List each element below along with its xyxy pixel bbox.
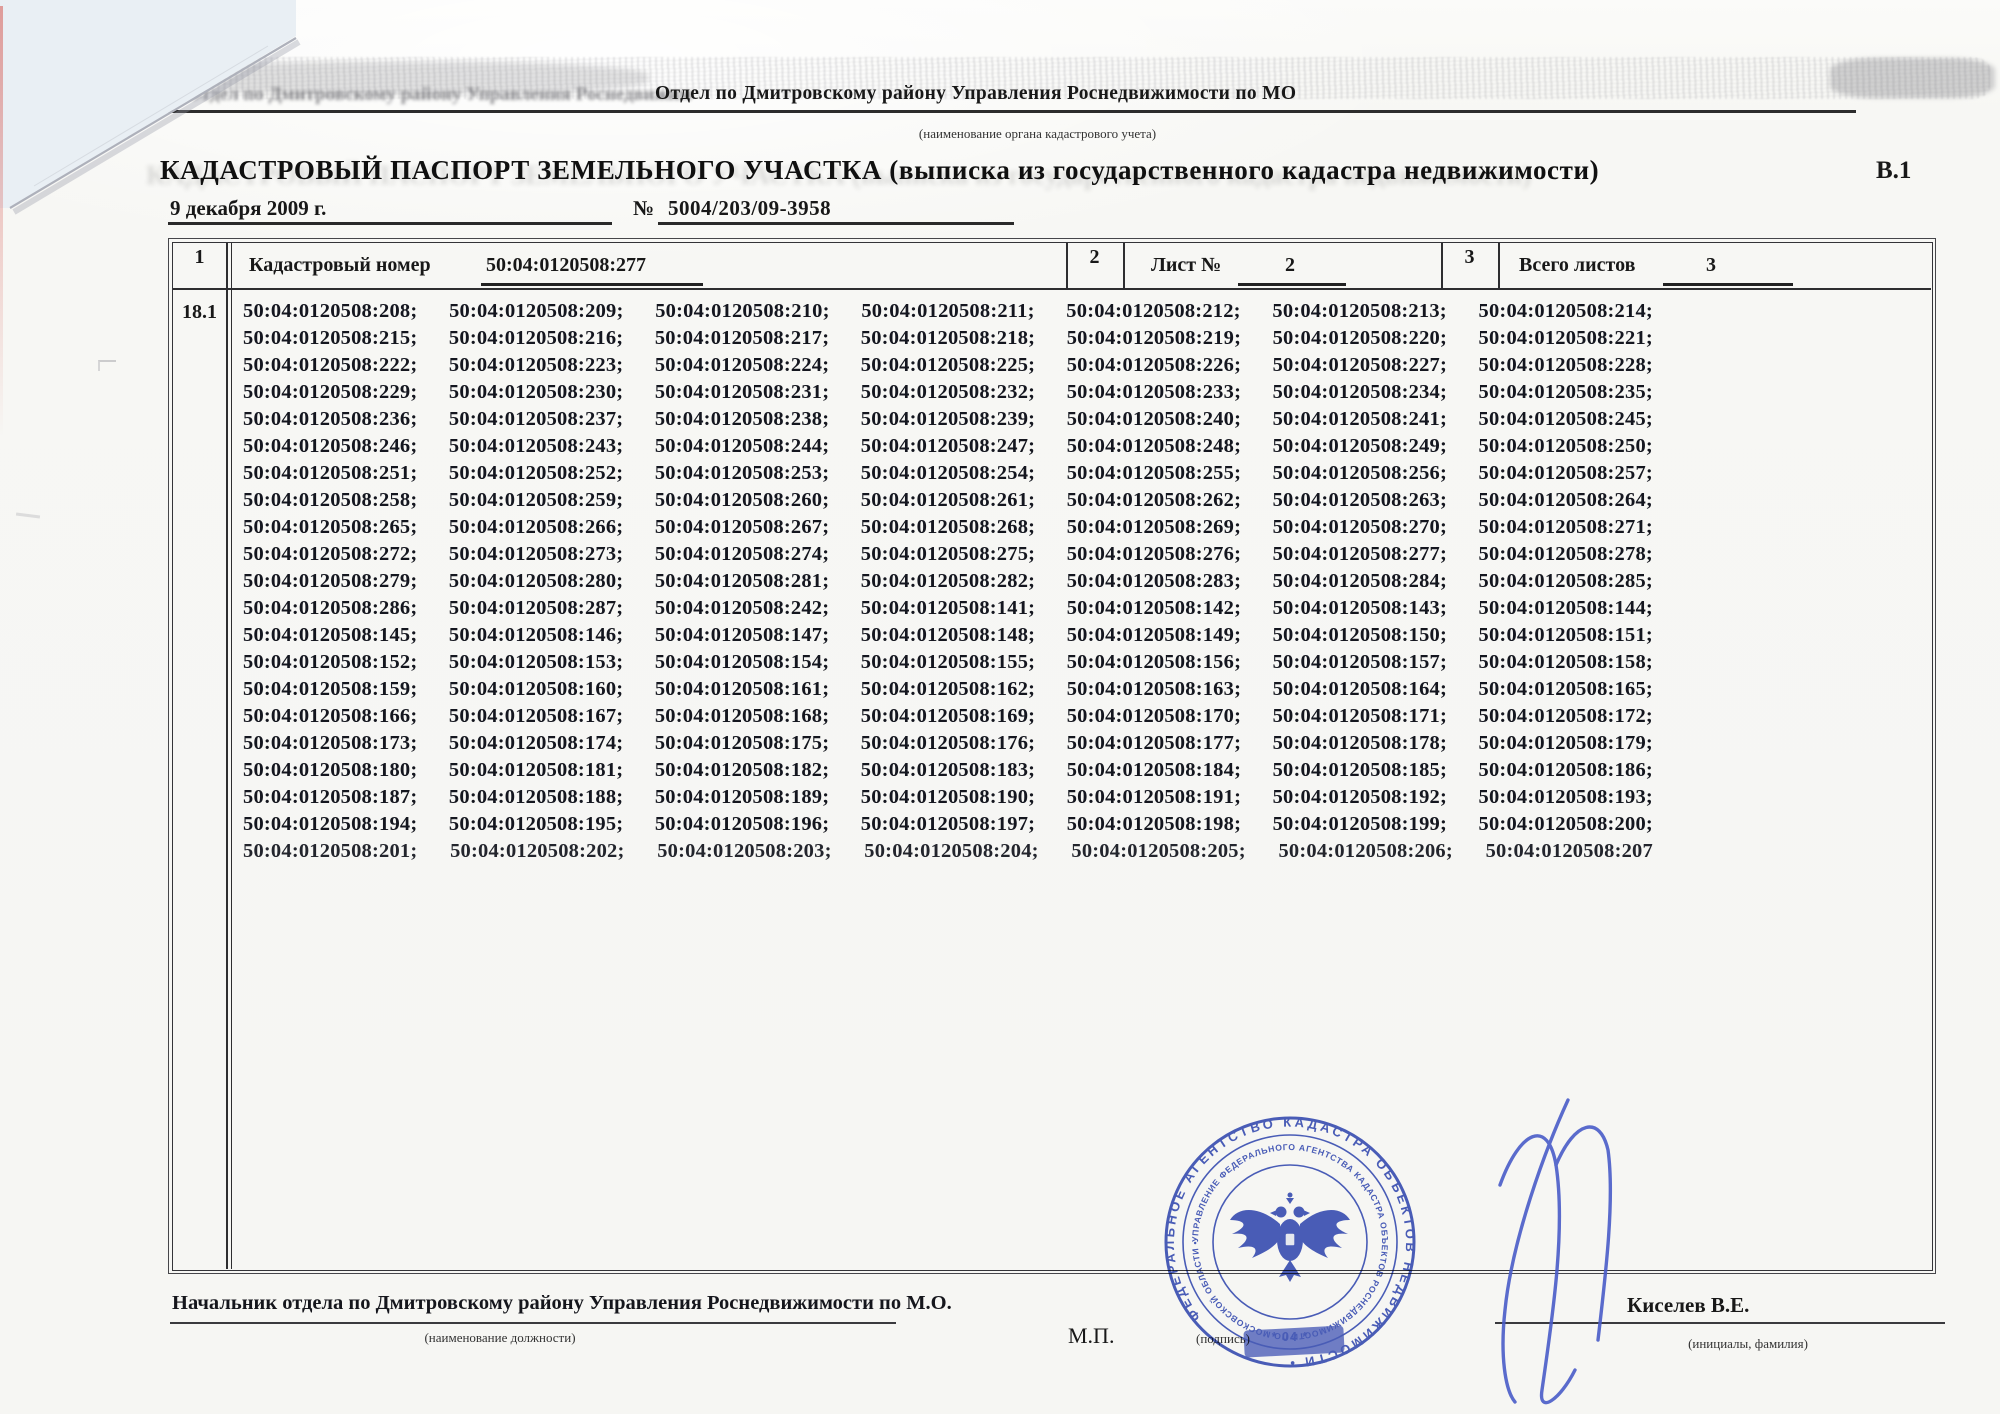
cadastral-number-item: 50:04:0120508:193; bbox=[1479, 786, 1653, 813]
cadastral-number-item: 50:04:0120508:152; bbox=[243, 651, 417, 678]
cadastral-number-item: 50:04:0120508:239; bbox=[861, 408, 1035, 435]
cadastral-number-item: 50:04:0120508:271; bbox=[1479, 516, 1653, 543]
cadastral-line: 50:04:0120508:145;50:04:0120508:146;50:0… bbox=[243, 624, 1653, 651]
cadastral-number-item: 50:04:0120508:264; bbox=[1479, 489, 1653, 516]
cadastral-number-item: 50:04:0120508:218; bbox=[861, 327, 1035, 354]
org-name: Отдел по Дмитровскому району Управления … bbox=[655, 83, 1296, 105]
cadastral-number-item: 50:04:0120508:263; bbox=[1273, 489, 1447, 516]
cadastral-number-item: 50:04:0120508:275; bbox=[861, 543, 1035, 570]
cadastral-line: 50:04:0120508:180;50:04:0120508:181;50:0… bbox=[243, 759, 1653, 786]
cadastral-number-item: 50:04:0120508:173; bbox=[243, 732, 417, 759]
cadastral-number-item: 50:04:0120508:236; bbox=[243, 408, 417, 435]
folded-corner-artifact bbox=[0, 0, 320, 230]
cadastral-number-item: 50:04:0120508:220; bbox=[1273, 327, 1447, 354]
cadastral-number-item: 50:04:0120508:175; bbox=[655, 732, 829, 759]
cadastral-number-item: 50:04:0120508:254; bbox=[861, 462, 1035, 489]
cadastral-number-item: 50:04:0120508:144; bbox=[1479, 597, 1653, 624]
cadastral-number-item: 50:04:0120508:244; bbox=[655, 435, 829, 462]
cadastral-number-item: 50:04:0120508:163; bbox=[1067, 678, 1241, 705]
cadastral-number-item: 50:04:0120508:223; bbox=[449, 354, 623, 381]
cadastral-number-item: 50:04:0120508:153; bbox=[449, 651, 623, 678]
cadastral-number-item: 50:04:0120508:238; bbox=[655, 408, 829, 435]
cadastral-number-item: 50:04:0120508:243; bbox=[449, 435, 623, 462]
cadastral-line: 50:04:0120508:187;50:04:0120508:188;50:0… bbox=[243, 786, 1653, 813]
cadastral-number-item: 50:04:0120508:166; bbox=[243, 705, 417, 732]
cadastral-number-label: Кадастровый номер bbox=[249, 254, 431, 277]
cadastral-number-item: 50:04:0120508:192; bbox=[1273, 786, 1447, 813]
scan-speck bbox=[16, 513, 40, 519]
cadastral-number-item: 50:04:0120508:222; bbox=[243, 354, 417, 381]
cadastral-line: 50:04:0120508:194;50:04:0120508:195;50:0… bbox=[243, 813, 1653, 840]
cadastral-number-item: 50:04:0120508:202; bbox=[450, 840, 624, 867]
cadastral-number-item: 50:04:0120508:237; bbox=[449, 408, 623, 435]
cadastral-number-item: 50:04:0120508:233; bbox=[1067, 381, 1241, 408]
cell-index-3: 3 bbox=[1441, 246, 1498, 269]
scan-edge-artifact bbox=[0, 6, 3, 436]
cadastral-number-item: 50:04:0120508:259; bbox=[449, 489, 623, 516]
cadastral-number-item: 50:04:0120508:268; bbox=[861, 516, 1035, 543]
cadastral-number-item: 50:04:0120508:232; bbox=[861, 381, 1035, 408]
cadastral-number-item: 50:04:0120508:252; bbox=[449, 462, 623, 489]
cadastral-number-item: 50:04:0120508:180; bbox=[243, 759, 417, 786]
cadastral-number-item: 50:04:0120508:142; bbox=[1067, 597, 1241, 624]
cadastral-number-item: 50:04:0120508:161; bbox=[655, 678, 829, 705]
cadastral-number-item: 50:04:0120508:188; bbox=[449, 786, 623, 813]
cadastral-line: 50:04:0120508:215;50:04:0120508:216;50:0… bbox=[243, 327, 1653, 354]
cadastral-number-item: 50:04:0120508:212; bbox=[1066, 300, 1240, 327]
cell-divider bbox=[1498, 243, 1500, 288]
cadastral-number-item: 50:04:0120508:253; bbox=[655, 462, 829, 489]
cadastral-number-item: 50:04:0120508:145; bbox=[243, 624, 417, 651]
cadastral-line: 50:04:0120508:159;50:04:0120508:160;50:0… bbox=[243, 678, 1653, 705]
cadastral-number-item: 50:04:0120508:287; bbox=[449, 597, 623, 624]
cadastral-line: 50:04:0120508:208;50:04:0120508:209;50:0… bbox=[243, 300, 1653, 327]
cadastral-number-item: 50:04:0120508:190; bbox=[861, 786, 1035, 813]
cadastral-number-item: 50:04:0120508:155; bbox=[861, 651, 1035, 678]
cadastral-number-item: 50:04:0120508:169; bbox=[861, 705, 1035, 732]
cadastral-number-item: 50:04:0120508:246; bbox=[243, 435, 417, 462]
cadastral-number-item: 50:04:0120508:249; bbox=[1273, 435, 1447, 462]
cadastral-number-item: 50:04:0120508:181; bbox=[449, 759, 623, 786]
cadastral-number-item: 50:04:0120508:206; bbox=[1278, 840, 1452, 867]
smudge-blob bbox=[1830, 58, 1995, 98]
cadastral-number-item: 50:04:0120508:156; bbox=[1067, 651, 1241, 678]
cadastral-number-item: 50:04:0120508:167; bbox=[449, 705, 623, 732]
cadastral-number-item: 50:04:0120508:251; bbox=[243, 462, 417, 489]
cadastral-number-item: 50:04:0120508:172; bbox=[1479, 705, 1653, 732]
stamp-place-mark: М.П. bbox=[1068, 1323, 1114, 1349]
org-caption: (наименование органа кадастрового учета) bbox=[895, 126, 1180, 142]
cadastral-line: 50:04:0120508:272;50:04:0120508:273;50:0… bbox=[243, 543, 1653, 570]
cadastral-line: 50:04:0120508:236;50:04:0120508:237;50:0… bbox=[243, 408, 1653, 435]
cadastral-line: 50:04:0120508:229;50:04:0120508:230;50:0… bbox=[243, 381, 1653, 408]
total-sheets-label: Всего листов bbox=[1519, 254, 1635, 277]
position-caption: (наименование должности) bbox=[330, 1330, 670, 1346]
double-eagle-emblem bbox=[1230, 1193, 1350, 1283]
column-divider bbox=[226, 243, 228, 1269]
cadastral-number-item: 50:04:0120508:157; bbox=[1273, 651, 1447, 678]
cadastral-number-item: 50:04:0120508:262; bbox=[1067, 489, 1241, 516]
cadastral-number-item: 50:04:0120508:227; bbox=[1273, 354, 1447, 381]
cadastral-number-item: 50:04:0120508:279; bbox=[243, 570, 417, 597]
cadastral-number-item: 50:04:0120508:205; bbox=[1071, 840, 1245, 867]
cadastral-number-item: 50:04:0120508:225; bbox=[861, 354, 1035, 381]
section-index: 18.1 bbox=[172, 301, 227, 324]
cadastral-number-item: 50:04:0120508:174; bbox=[449, 732, 623, 759]
number-sign: № bbox=[633, 196, 654, 221]
cadastral-number-item: 50:04:0120508:242; bbox=[655, 597, 829, 624]
cadastral-number-item: 50:04:0120508:285; bbox=[1479, 570, 1653, 597]
total-sheets-value: 3 bbox=[1706, 254, 1716, 277]
position-title: Начальник отдела по Дмитровскому району … bbox=[172, 1292, 952, 1315]
document-title: КАДАСТРОВЫЙ ПАСПОРТ ЗЕМЕЛЬНОГО УЧАСТКА (… bbox=[160, 155, 1599, 186]
cadastral-number-item: 50:04:0120508:240; bbox=[1067, 408, 1241, 435]
sheet-label: Лист № bbox=[1151, 254, 1221, 277]
cadastral-line: 50:04:0120508:251;50:04:0120508:252;50:0… bbox=[243, 462, 1653, 489]
cadastral-number-item: 50:04:0120508:184; bbox=[1067, 759, 1241, 786]
cadastral-number-item: 50:04:0120508:189; bbox=[655, 786, 829, 813]
cadastral-number-item: 50:04:0120508:228; bbox=[1479, 354, 1653, 381]
cell-index-1: 1 bbox=[173, 246, 226, 269]
cadastral-number-item: 50:04:0120508:151; bbox=[1479, 624, 1653, 651]
cadastral-number-item: 50:04:0120508:176; bbox=[861, 732, 1035, 759]
cadastral-number-item: 50:04:0120508:178; bbox=[1273, 732, 1447, 759]
cell-divider bbox=[1123, 243, 1125, 288]
form-code: В.1 bbox=[1876, 157, 1911, 185]
cadastral-number-item: 50:04:0120508:277; bbox=[1273, 543, 1447, 570]
cadastral-line: 50:04:0120508:152;50:04:0120508:153;50:0… bbox=[243, 651, 1653, 678]
cadastral-number-item: 50:04:0120508:221; bbox=[1479, 327, 1653, 354]
cadastral-number-item: 50:04:0120508:191; bbox=[1067, 786, 1241, 813]
cadastral-number-item: 50:04:0120508:256; bbox=[1273, 462, 1447, 489]
cadastral-number-item: 50:04:0120508:247; bbox=[861, 435, 1035, 462]
cadastral-number-value: 50:04:0120508:277 bbox=[486, 254, 646, 277]
signer-name: Киселев В.Е. bbox=[1627, 1293, 1749, 1318]
position-underline bbox=[170, 1322, 896, 1324]
cadastral-number-item: 50:04:0120508:214; bbox=[1479, 300, 1653, 327]
cadastral-number-item: 50:04:0120508:187; bbox=[243, 786, 417, 813]
cadastral-number-item: 50:04:0120508:267; bbox=[655, 516, 829, 543]
cadastral-number-underline bbox=[481, 283, 703, 286]
cadastral-number-item: 50:04:0120508:198; bbox=[1067, 813, 1241, 840]
cadastral-number-item: 50:04:0120508:195; bbox=[449, 813, 623, 840]
cadastral-line: 50:04:0120508:201;50:04:0120508:202;50:0… bbox=[243, 840, 1653, 867]
document-number: 5004/203/09-3958 bbox=[668, 196, 831, 221]
cadastral-number-item: 50:04:0120508:265; bbox=[243, 516, 417, 543]
cadastral-number-item: 50:04:0120508:162; bbox=[861, 678, 1035, 705]
cadastral-number-item: 50:04:0120508:164; bbox=[1273, 678, 1447, 705]
stamp-ink-blot bbox=[1243, 1325, 1344, 1357]
cadastral-number-item: 50:04:0120508:201; bbox=[243, 840, 417, 867]
cadastral-number-item: 50:04:0120508:269; bbox=[1067, 516, 1241, 543]
cadastral-number-item: 50:04:0120508:273; bbox=[449, 543, 623, 570]
cadastral-number-item: 50:04:0120508:149; bbox=[1067, 624, 1241, 651]
cadastral-line: 50:04:0120508:222;50:04:0120508:223;50:0… bbox=[243, 354, 1653, 381]
cadastral-number-item: 50:04:0120508:204; bbox=[864, 840, 1038, 867]
header-row-divider bbox=[173, 288, 1931, 290]
cadastral-number-item: 50:04:0120508:146; bbox=[449, 624, 623, 651]
scan-speck bbox=[98, 360, 116, 371]
cadastral-number-item: 50:04:0120508:241; bbox=[1273, 408, 1447, 435]
cadastral-number-item: 50:04:0120508:230; bbox=[449, 381, 623, 408]
cadastral-line: 50:04:0120508:279;50:04:0120508:280;50:0… bbox=[243, 570, 1653, 597]
cadastral-line: 50:04:0120508:286;50:04:0120508:287;50:0… bbox=[243, 597, 1653, 624]
cadastral-number-item: 50:04:0120508:186; bbox=[1479, 759, 1653, 786]
cadastral-number-item: 50:04:0120508:272; bbox=[243, 543, 417, 570]
cadastral-number-item: 50:04:0120508:143; bbox=[1273, 597, 1447, 624]
cadastral-number-item: 50:04:0120508:182; bbox=[655, 759, 829, 786]
cadastral-number-item: 50:04:0120508:170; bbox=[1067, 705, 1241, 732]
cadastral-number-item: 50:04:0120508:141; bbox=[861, 597, 1035, 624]
cadastral-number-item: 50:04:0120508:217; bbox=[655, 327, 829, 354]
cadastral-number-item: 50:04:0120508:231; bbox=[655, 381, 829, 408]
cadastral-number-item: 50:04:0120508:219; bbox=[1067, 327, 1241, 354]
cadastral-number-item: 50:04:0120508:215; bbox=[243, 327, 417, 354]
cadastral-number-item: 50:04:0120508:159; bbox=[243, 678, 417, 705]
cadastral-number-item: 50:04:0120508:260; bbox=[655, 489, 829, 516]
cadastral-number-item: 50:04:0120508:226; bbox=[1067, 354, 1241, 381]
cadastral-number-item: 50:04:0120508:199; bbox=[1273, 813, 1447, 840]
org-underline bbox=[150, 110, 1856, 113]
handwritten-signature bbox=[1420, 1078, 1680, 1414]
cadastral-number-item: 50:04:0120508:234; bbox=[1273, 381, 1447, 408]
cadastral-number-item: 50:04:0120508:196; bbox=[655, 813, 829, 840]
cadastral-number-item: 50:04:0120508:185; bbox=[1273, 759, 1447, 786]
cadastral-number-item: 50:04:0120508:171; bbox=[1273, 705, 1447, 732]
cadastral-number-item: 50:04:0120508:245; bbox=[1479, 408, 1653, 435]
cadastral-number-item: 50:04:0120508:209; bbox=[449, 300, 623, 327]
cadastral-number-item: 50:04:0120508:274; bbox=[655, 543, 829, 570]
cadastral-number-item: 50:04:0120508:276; bbox=[1067, 543, 1241, 570]
sheet-value: 2 bbox=[1285, 254, 1295, 277]
total-sheets-underline bbox=[1663, 283, 1793, 286]
cadastral-line: 50:04:0120508:258;50:04:0120508:259;50:0… bbox=[243, 489, 1653, 516]
official-round-stamp: ФЕДЕРАЛЬНОЕ АГЕНТСТВО КАДАСТРА ОБЪЕКТОВ … bbox=[1152, 1104, 1428, 1380]
cadastral-number-item: 50:04:0120508:158; bbox=[1479, 651, 1653, 678]
cadastral-number-item: 50:04:0120508:257; bbox=[1479, 462, 1653, 489]
cadastral-number-item: 50:04:0120508:194; bbox=[243, 813, 417, 840]
cadastral-number-item: 50:04:0120508:258; bbox=[243, 489, 417, 516]
cadastral-number-item: 50:04:0120508:250; bbox=[1479, 435, 1653, 462]
cadastral-number-item: 50:04:0120508:165; bbox=[1479, 678, 1653, 705]
cadastral-number-item: 50:04:0120508:278; bbox=[1479, 543, 1653, 570]
cadastral-number-item: 50:04:0120508:224; bbox=[655, 354, 829, 381]
cadastral-number-item: 50:04:0120508:207 bbox=[1486, 840, 1653, 867]
cadastral-number-item: 50:04:0120508:200; bbox=[1479, 813, 1653, 840]
cadastral-number-item: 50:04:0120508:168; bbox=[655, 705, 829, 732]
cadastral-number-item: 50:04:0120508:216; bbox=[449, 327, 623, 354]
cadastral-number-item: 50:04:0120508:148; bbox=[861, 624, 1035, 651]
sheet-underline bbox=[1238, 283, 1346, 286]
cadastral-number-item: 50:04:0120508:270; bbox=[1273, 516, 1447, 543]
cadastral-number-item: 50:04:0120508:266; bbox=[449, 516, 623, 543]
cadastral-number-item: 50:04:0120508:160; bbox=[449, 678, 623, 705]
cadastral-number-item: 50:04:0120508:154; bbox=[655, 651, 829, 678]
cadastral-number-item: 50:04:0120508:286; bbox=[243, 597, 417, 624]
cadastral-number-item: 50:04:0120508:150; bbox=[1273, 624, 1447, 651]
cadastral-number-item: 50:04:0120508:179; bbox=[1479, 732, 1653, 759]
cadastral-number-item: 50:04:0120508:235; bbox=[1479, 381, 1653, 408]
cell-index-2: 2 bbox=[1066, 246, 1123, 269]
cadastral-line: 50:04:0120508:166;50:04:0120508:167;50:0… bbox=[243, 705, 1653, 732]
cadastral-number-item: 50:04:0120508:282; bbox=[861, 570, 1035, 597]
cadastral-number-item: 50:04:0120508:183; bbox=[861, 759, 1035, 786]
column-divider bbox=[231, 243, 233, 1269]
cadastral-line: 50:04:0120508:173;50:04:0120508:174;50:0… bbox=[243, 732, 1653, 759]
cadastral-number-item: 50:04:0120508:255; bbox=[1067, 462, 1241, 489]
cadastral-lines: 50:04:0120508:208;50:04:0120508:209;50:0… bbox=[243, 300, 1653, 867]
cadastral-number-item: 50:04:0120508:248; bbox=[1067, 435, 1241, 462]
cadastral-number-item: 50:04:0120508:197; bbox=[861, 813, 1035, 840]
cadastral-number-item: 50:04:0120508:261; bbox=[861, 489, 1035, 516]
cadastral-number-item: 50:04:0120508:283; bbox=[1067, 570, 1241, 597]
cadastral-number-item: 50:04:0120508:281; bbox=[655, 570, 829, 597]
cadastral-number-item: 50:04:0120508:229; bbox=[243, 381, 417, 408]
cadastral-line: 50:04:0120508:246;50:04:0120508:243;50:0… bbox=[243, 435, 1653, 462]
cadastral-number-item: 50:04:0120508:211; bbox=[861, 300, 1034, 327]
cadastral-number-item: 50:04:0120508:147; bbox=[655, 624, 829, 651]
cadastral-line: 50:04:0120508:265;50:04:0120508:266;50:0… bbox=[243, 516, 1653, 543]
scanned-cadastral-passport-page: Отдел по Дмитровскому району Управления … bbox=[0, 0, 2000, 1414]
cadastral-number-item: 50:04:0120508:208; bbox=[243, 300, 417, 327]
cadastral-number-item: 50:04:0120508:210; bbox=[655, 300, 829, 327]
number-underline bbox=[658, 222, 1014, 225]
cadastral-number-item: 50:04:0120508:280; bbox=[449, 570, 623, 597]
cadastral-number-item: 50:04:0120508:177; bbox=[1067, 732, 1241, 759]
cadastral-number-item: 50:04:0120508:213; bbox=[1272, 300, 1446, 327]
cadastral-number-item: 50:04:0120508:203; bbox=[657, 840, 831, 867]
cadastral-number-item: 50:04:0120508:284; bbox=[1273, 570, 1447, 597]
